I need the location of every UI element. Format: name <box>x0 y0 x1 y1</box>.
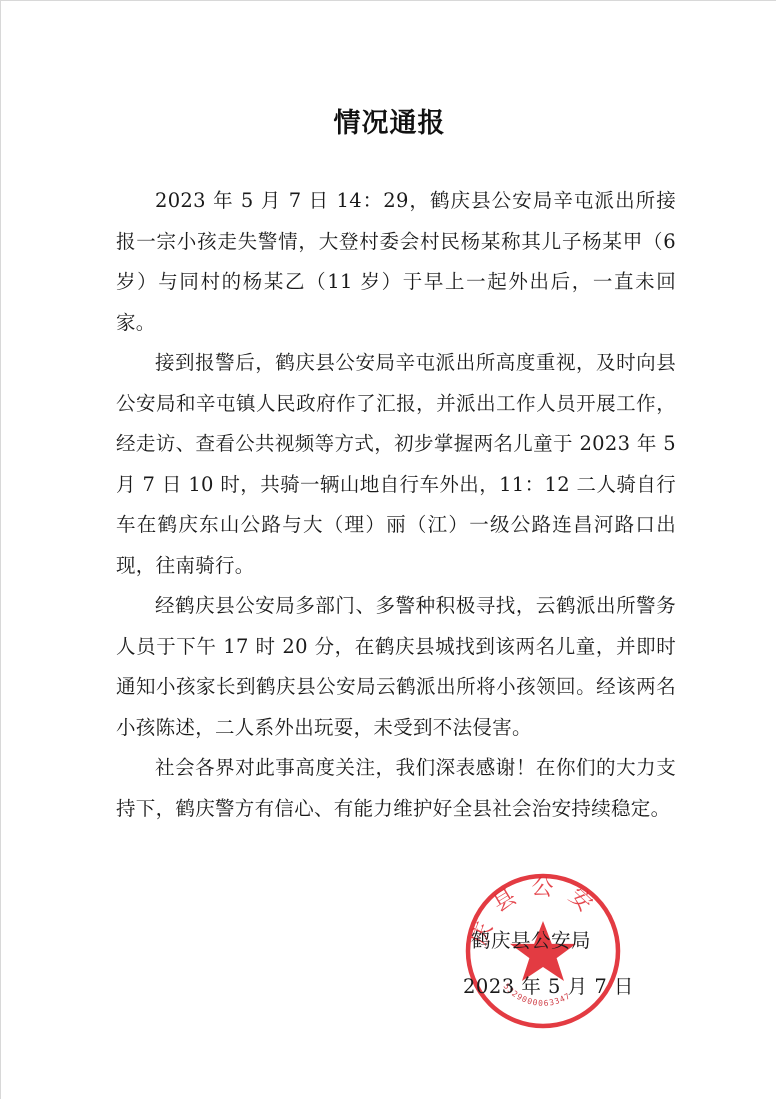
document-body: 2023 年 5 月 7 日 14：29，鹤庆县公安局辛屯派出所接报一宗小孩走失… <box>116 181 676 829</box>
paragraph-thanks: 社会各界对此事高度关注，我们深表感谢！在你们的大力支持下，鹤庆警方有信心、有能力… <box>116 748 676 829</box>
paragraph-found: 经鹤庆县公安局多部门、多警种积极寻找，云鹤派出所警务人员于下午 17 时 20 … <box>116 586 676 748</box>
paragraph-investigation: 接到报警后，鹤庆县公安局辛屯派出所高度重视，及时向县公安局和辛屯镇人民政府作了汇… <box>116 343 676 586</box>
document-title: 情况通报 <box>1 101 777 140</box>
signature-date: 2023 年 5 月 7 日 <box>463 971 634 999</box>
paragraph-report: 2023 年 5 月 7 日 14：29，鹤庆县公安局辛屯派出所接报一宗小孩走失… <box>116 181 676 343</box>
document-page: 情况通报 2023 年 5 月 7 日 14：29，鹤庆县公安局辛屯派出所接报一… <box>0 0 776 1099</box>
signature-organization: 鹤庆县公安局 <box>471 925 591 953</box>
